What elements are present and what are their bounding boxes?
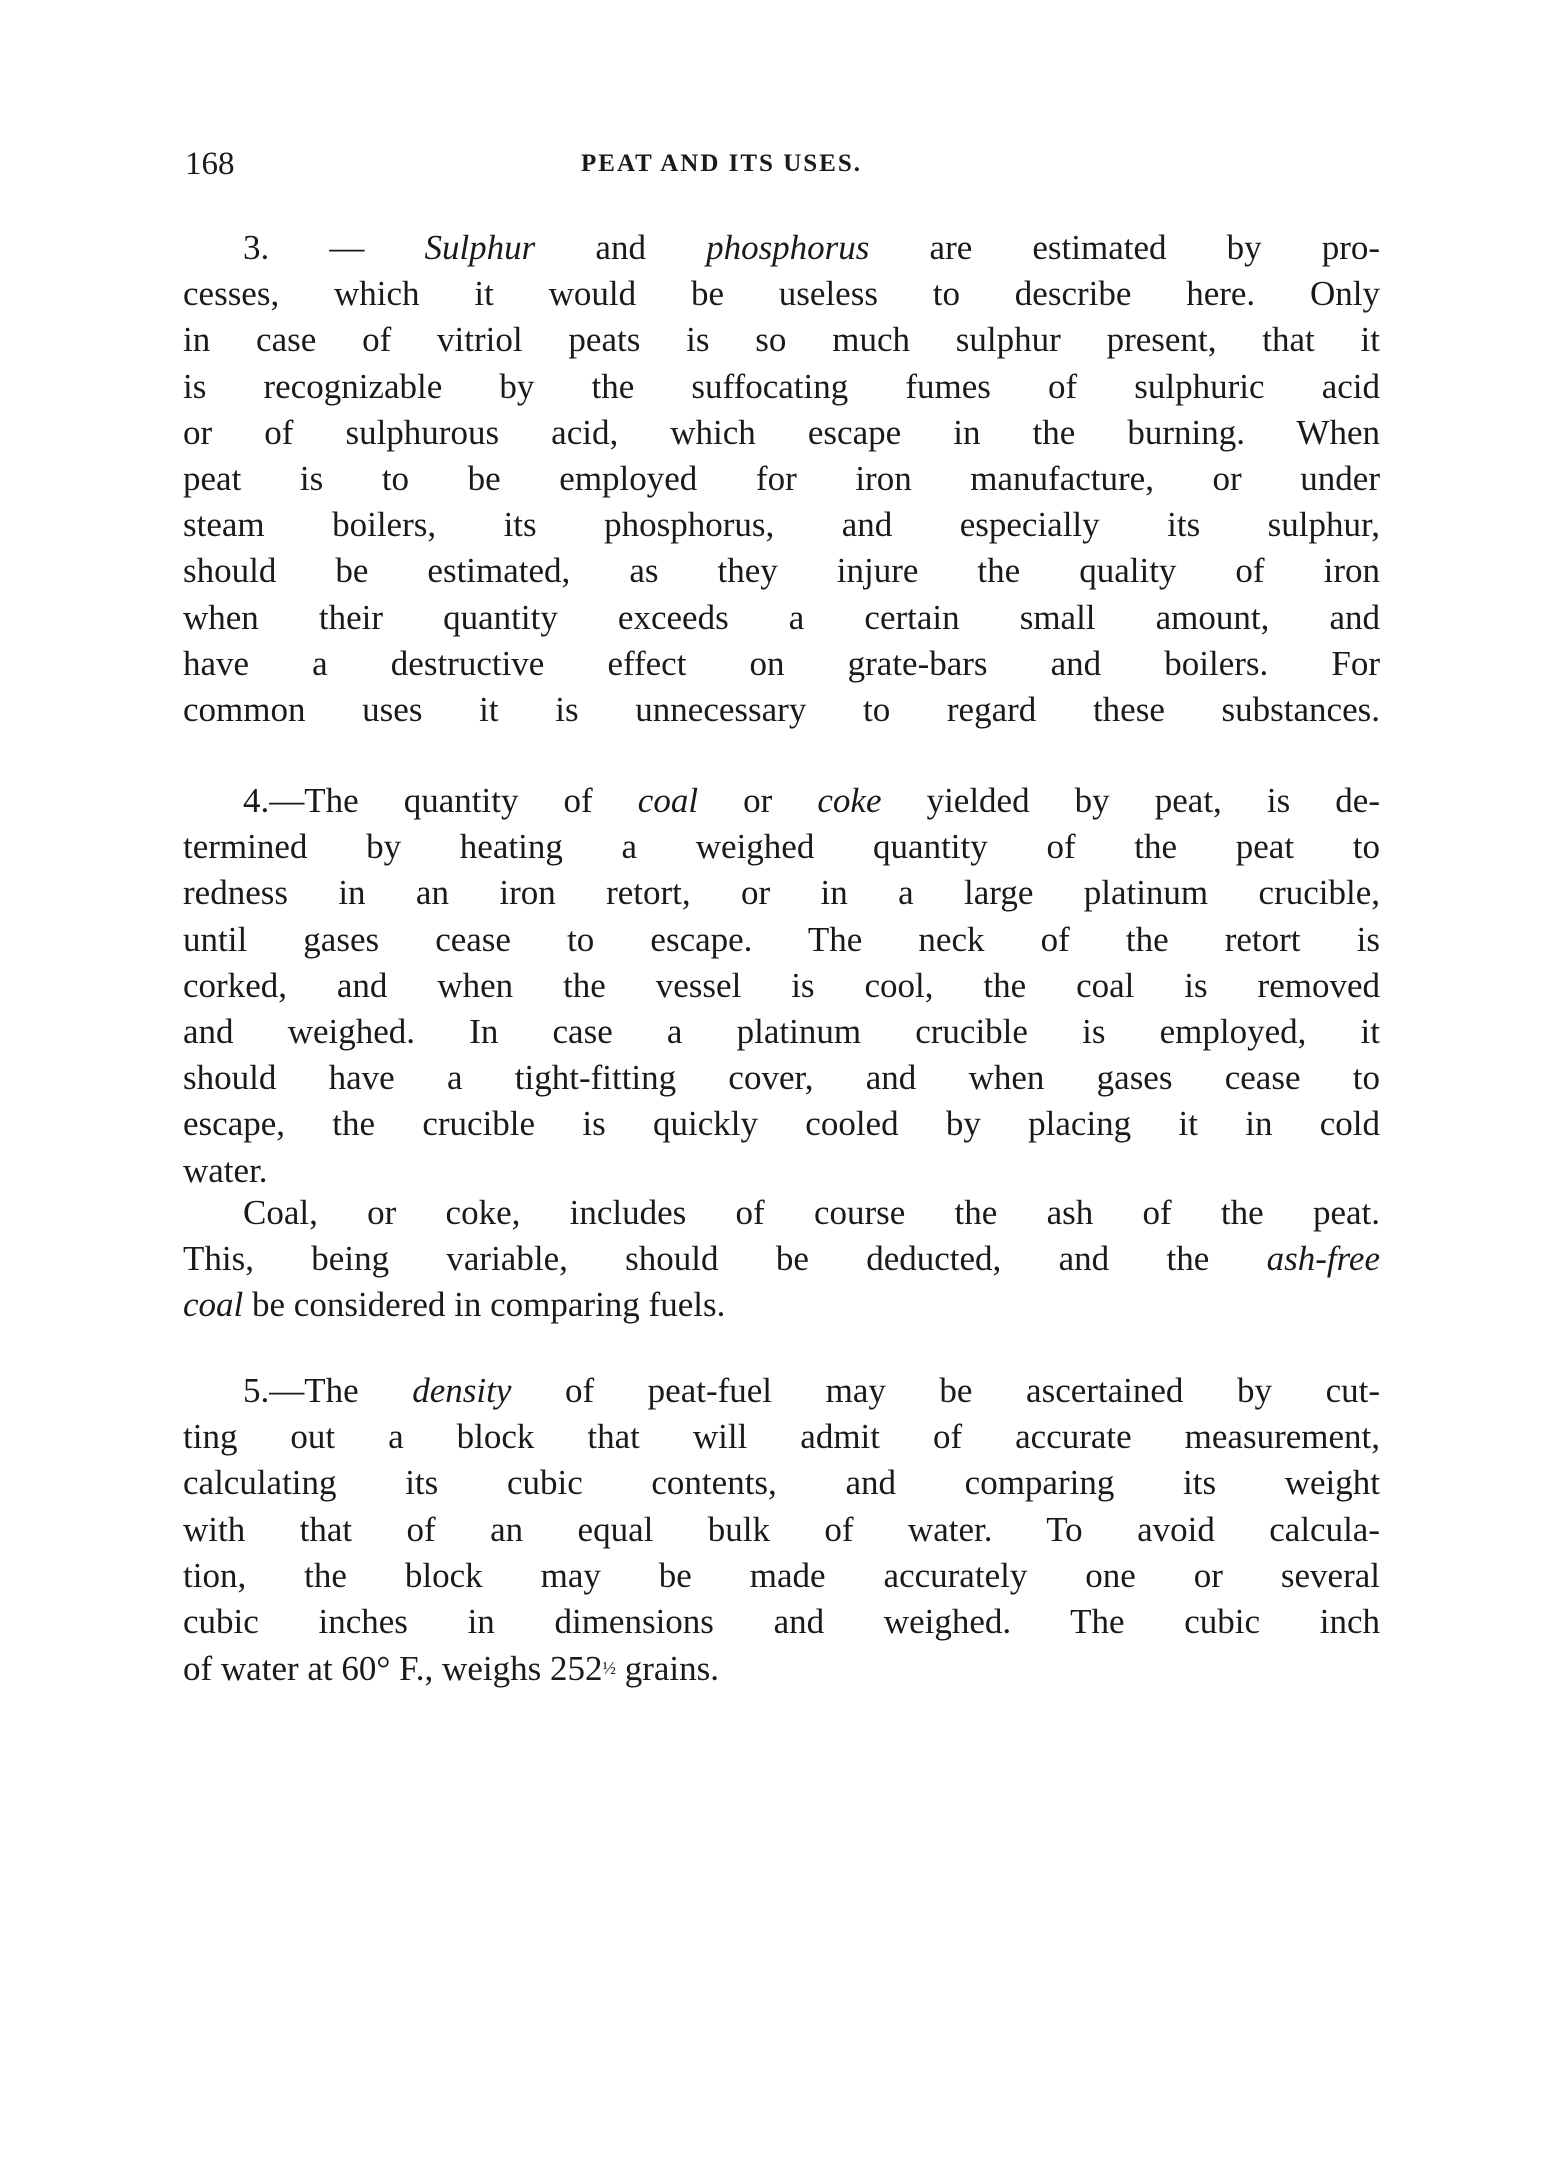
paragraph-5-density: 5.—The density of peat-fuel may be ascer… bbox=[183, 1368, 1380, 1691]
italic-term: coal bbox=[638, 781, 698, 820]
text-line: tion, the block may be made accurately o… bbox=[183, 1553, 1380, 1599]
running-head: 168 PEAT AND ITS USES. bbox=[183, 146, 1380, 186]
italic-term: phosphorus bbox=[706, 228, 869, 267]
text-line: should be estimated, as they injure the … bbox=[183, 548, 1380, 594]
text-line: 4.—The quantity of coal or coke yielded … bbox=[183, 778, 1380, 824]
text-line: cubic inches in dimensions and weighed. … bbox=[183, 1599, 1380, 1645]
text-line: common uses it is unnecessary to regard … bbox=[183, 687, 1380, 733]
text-line: should have a tight-fitting cover, and w… bbox=[183, 1055, 1380, 1101]
text-line: have a destructive effect on grate-bars … bbox=[183, 641, 1380, 687]
paragraph-4-coal-coke: 4.—The quantity of coal or coke yielded … bbox=[183, 778, 1380, 1194]
fraction: ½ bbox=[602, 1658, 616, 1678]
text-line: cesses, which it would be useless to des… bbox=[183, 271, 1380, 317]
italic-term: Sulphur bbox=[424, 228, 535, 267]
text-line: escape, the crucible is quickly cooled b… bbox=[183, 1101, 1380, 1147]
italic-term: coal bbox=[183, 1285, 243, 1324]
page-number: 168 bbox=[185, 146, 235, 183]
text-line: 5.—The density of peat-fuel may be ascer… bbox=[183, 1368, 1380, 1414]
text-line: is recognizable by the suffocating fumes… bbox=[183, 364, 1380, 410]
text-line: or of sulphurous acid, which escape in t… bbox=[183, 410, 1380, 456]
text-line: water. bbox=[183, 1148, 1380, 1194]
text-line: Coal, or coke, includes of course the as… bbox=[183, 1190, 1380, 1236]
text-line: redness in an iron retort, or in a large… bbox=[183, 870, 1380, 916]
text-line: with that of an equal bulk of water. To … bbox=[183, 1507, 1380, 1553]
text-line: corked, and when the vessel is cool, the… bbox=[183, 963, 1380, 1009]
text-line: and weighed. In case a platinum crucible… bbox=[183, 1009, 1380, 1055]
text-line: in case of vitriol peats is so much sulp… bbox=[183, 317, 1380, 363]
text-line: calculating its cubic contents, and comp… bbox=[183, 1460, 1380, 1506]
text-line: This, being variable, should be deducted… bbox=[183, 1236, 1380, 1282]
text-line: steam boilers, its phosphorus, and espec… bbox=[183, 502, 1380, 548]
paragraph-ash-free-coal: Coal, or coke, includes of course the as… bbox=[183, 1190, 1380, 1329]
italic-term: density bbox=[412, 1371, 511, 1410]
text-line: coal be considered in comparing fuels. bbox=[183, 1282, 1380, 1328]
text-line: of water at 60° F., weighs 252½ grains. bbox=[183, 1645, 1380, 1691]
italic-term: ash-free bbox=[1267, 1239, 1380, 1278]
text-line: when their quantity exceeds a certain sm… bbox=[183, 595, 1380, 641]
text-line: 3. — Sulphur and phosphorus are estimate… bbox=[183, 225, 1380, 271]
text-line: peat is to be employed for iron manufact… bbox=[183, 456, 1380, 502]
paragraph-3-sulphur-phosphorus: 3. — Sulphur and phosphorus are estimate… bbox=[183, 225, 1380, 733]
text-line: termined by heating a weighed quantity o… bbox=[183, 824, 1380, 870]
italic-term: coke bbox=[817, 781, 881, 820]
text-line: until gases cease to escape. The neck of… bbox=[183, 917, 1380, 963]
running-title: PEAT AND ITS USES. bbox=[581, 150, 862, 178]
text-line: ting out a block that will admit of accu… bbox=[183, 1414, 1380, 1460]
